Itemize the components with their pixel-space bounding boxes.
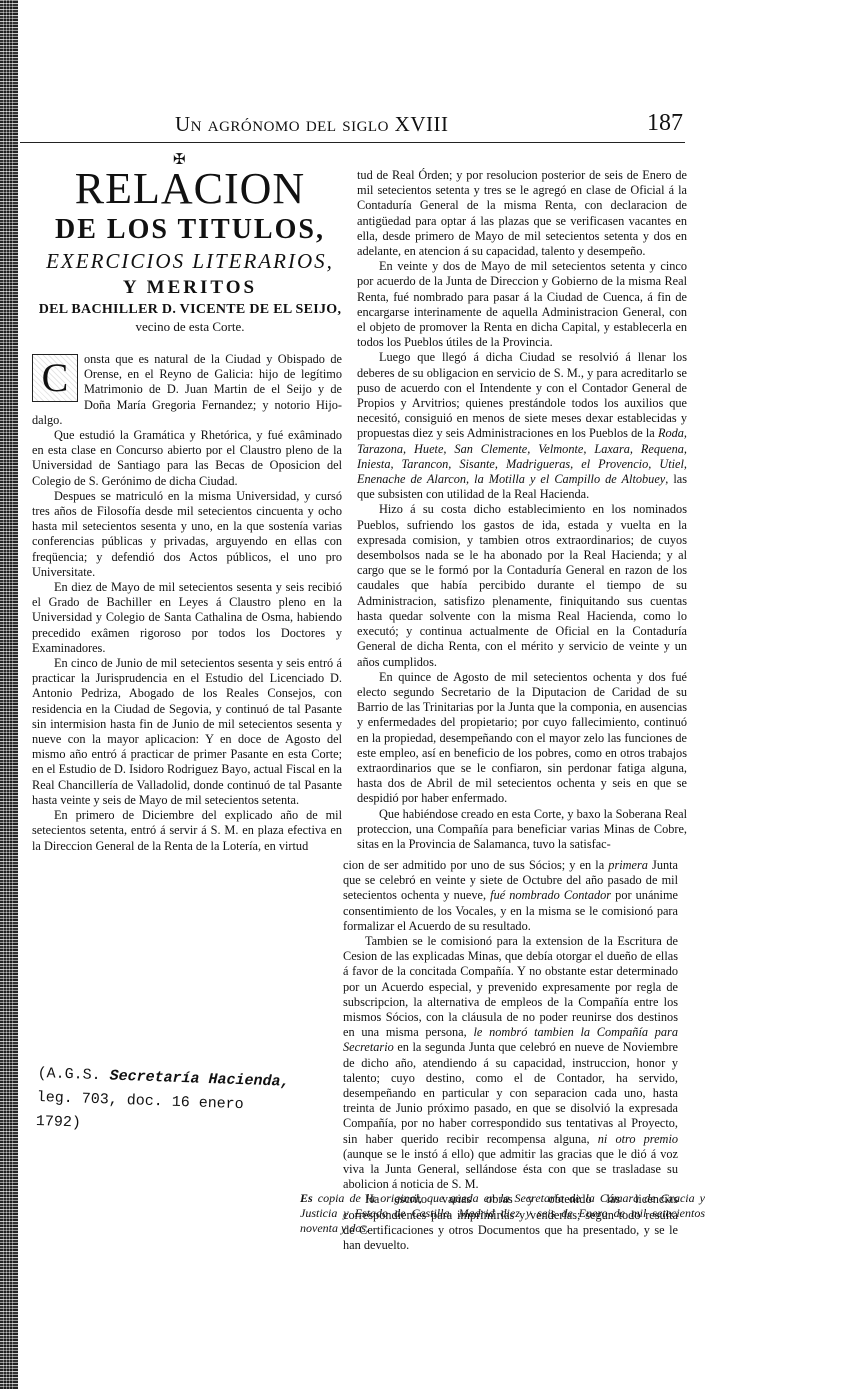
right-column-text: tud de Real Órden; y por resolucion post…	[357, 168, 687, 852]
running-title: Un agrónomo del siglo XVIII	[175, 112, 448, 137]
paragraph: Luego que llegó á dicha Ciudad se resolv…	[357, 350, 687, 502]
paragraph: En quince de Agosto de mil setecientos o…	[357, 670, 687, 807]
drop-cap: C	[32, 354, 78, 402]
title-vecino: vecino de esta Corte.	[30, 319, 350, 335]
paragraph: Hizo á su costa dicho establecimiento en…	[357, 502, 687, 669]
title-meritos: Y MERITOS	[30, 275, 350, 301]
paragraph: En veinte y dos de Mayo de mil setecient…	[357, 259, 687, 350]
book-binding-edge	[0, 0, 18, 1389]
paragraph: Tambien se le comisionó para la extensio…	[343, 934, 678, 1192]
paragraph: Consta que es natural de la Ciudad y Obi…	[32, 352, 342, 428]
paragraph: En primero de Diciembre del explicado añ…	[32, 808, 342, 854]
paragraph: En cinco de Junio de mil setecientos ses…	[32, 656, 342, 808]
paragraph: En diez de Mayo de mil setecientos sesen…	[32, 580, 342, 656]
left-column-text: Consta que es natural de la Ciudad y Obi…	[32, 352, 342, 854]
document-title-block: RELACION DE LOS TITULOS, EXERCICIOS LITE…	[30, 165, 350, 335]
title-bachiller: DEL BACHILLER D. VICENTE DE EL SEIJO,	[30, 301, 350, 319]
paragraph: tud de Real Órden; y por resolucion post…	[357, 168, 687, 259]
running-header: Un agrónomo del siglo XVIII 187	[20, 108, 685, 143]
title-relacion: RELACION	[30, 165, 350, 213]
paragraph: cion de ser admitido por uno de sus Sóci…	[343, 858, 678, 934]
title-titulos: DE LOS TITULOS,	[30, 213, 350, 247]
page-number: 187	[647, 110, 683, 137]
paragraph: Que habiéndose creado en esta Corte, y b…	[357, 807, 687, 853]
archive-reference: (A.G.S. Secretaría Hacienda, leg. 703, d…	[35, 1062, 297, 1143]
paragraph: Que estudió la Gramática y Rhetórica, y …	[32, 428, 342, 489]
title-exercicios: EXERCICIOS LITERARIOS,	[30, 247, 350, 275]
paragraph: Despues se matriculó en la misma Univers…	[32, 489, 342, 580]
certified-copy-note: Es copia de la original, que queda en la…	[300, 1191, 705, 1236]
